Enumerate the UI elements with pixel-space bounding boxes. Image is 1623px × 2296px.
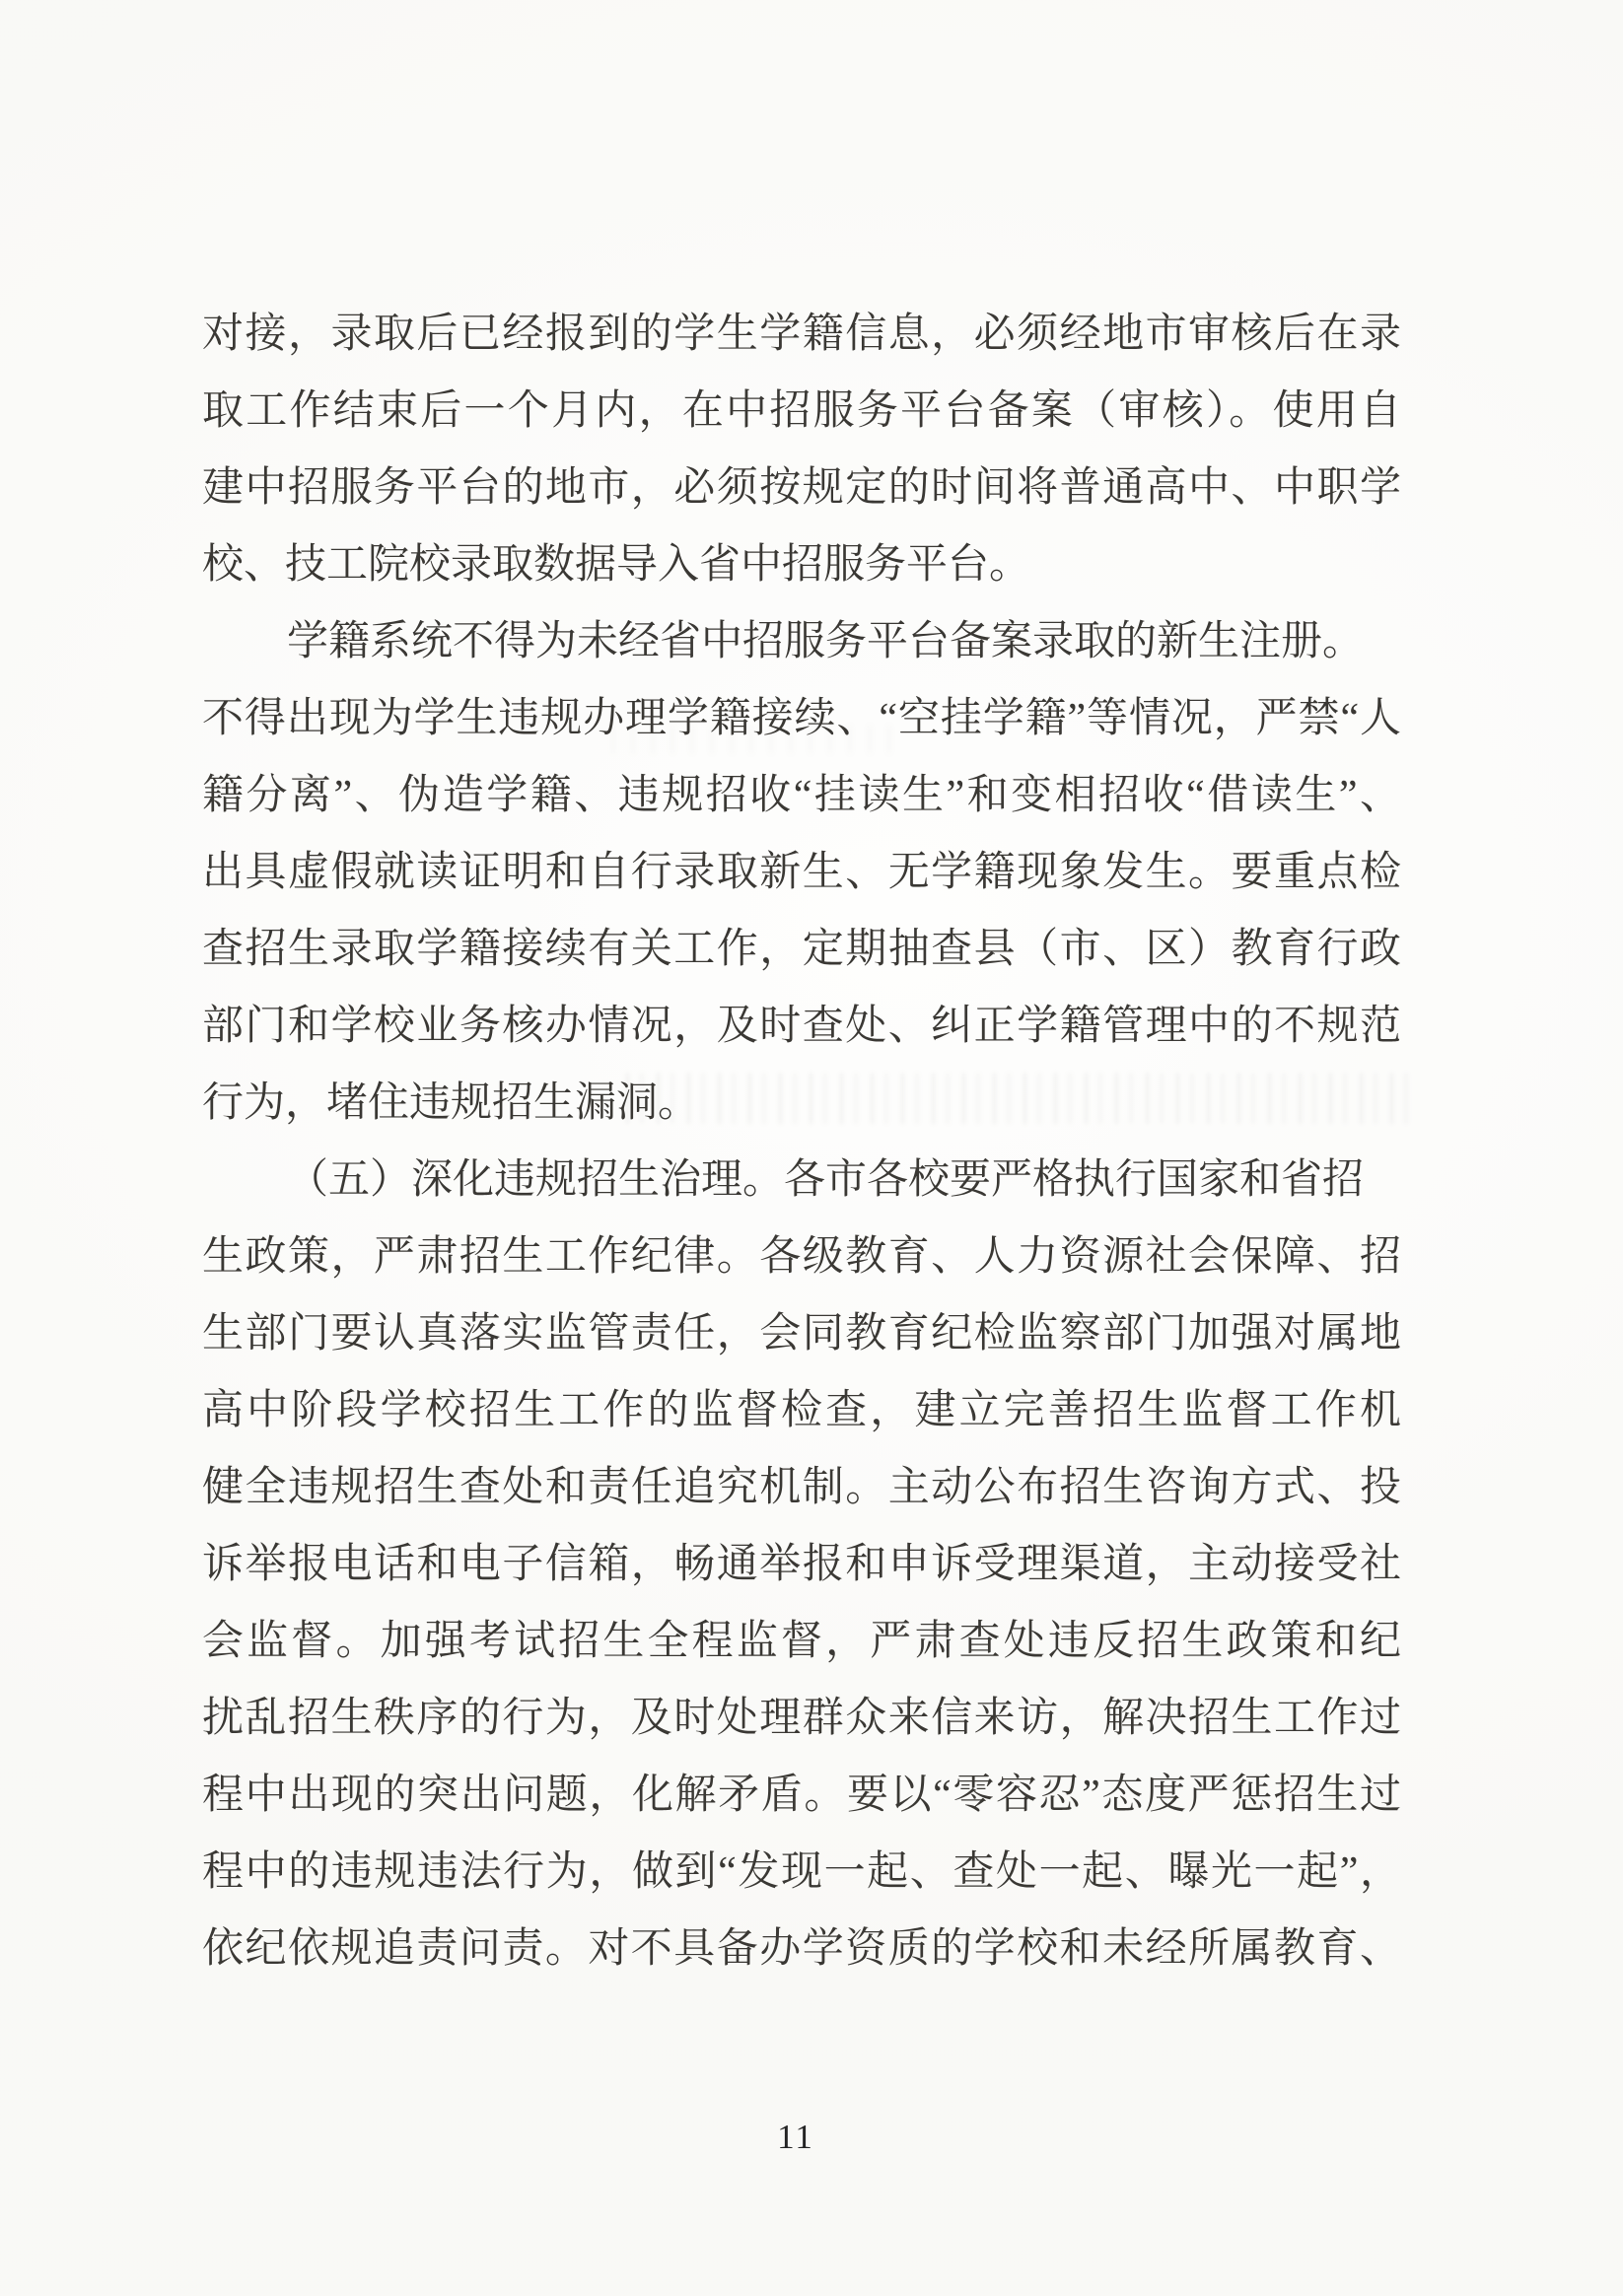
text-line: （五）深化违规招生治理。各市各校要严格执行国家和省招 xyxy=(202,1142,1401,1218)
text-line: 取工作结束后一个月内，在中招服务平台备案（审核）。使用自 xyxy=(202,373,1401,450)
text-line: 不得出现为学生违规办理学籍接续、“空挂学籍”等情况，严禁“人 xyxy=(202,680,1401,757)
text-line: 生部门要认真落实监管责任，会同教育纪检监察部门加强对属地 xyxy=(202,1295,1401,1372)
text-line: 扰乱招生秩序的行为，及时处理群众来信来访，解决招生工作过 xyxy=(202,1680,1401,1757)
text-line: 校、技工院校录取数据导入省中招服务平台。 xyxy=(202,526,1401,603)
document-body: 对接，录取后已经报到的学生学籍信息，必须经地市审核后在录 取工作结束后一个月内，… xyxy=(202,296,1401,1987)
text-line: 健全违规招生查处和责任追究机制。主动公布招生咨询方式、投 xyxy=(202,1449,1401,1526)
text-line: 会监督。加强考试招生全程监督，严肃查处违反招生政策和纪律、 xyxy=(202,1603,1401,1680)
text-line: 高中阶段学校招生工作的监督检查，建立完善招生监督工作机制， xyxy=(202,1372,1401,1449)
text-line: 诉举报电话和电子信箱，畅通举报和申诉受理渠道，主动接受社 xyxy=(202,1526,1401,1603)
text-line: 行为，堵住违规招生漏洞。 xyxy=(202,1065,1401,1142)
text-line: 学籍系统不得为未经省中招服务平台备案录取的新生注册。 xyxy=(202,603,1401,680)
text-line: 对接，录取后已经报到的学生学籍信息，必须经地市审核后在录 xyxy=(202,296,1401,373)
text-line: 依纪依规追责问责。对不具备办学资质的学校和未经所属教育、 xyxy=(202,1911,1401,1987)
text-line: 建中招服务平台的地市，必须按规定的时间将普通高中、中职学 xyxy=(202,450,1401,526)
text-line: 部门和学校业务核办情况，及时查处、纠正学籍管理中的不规范 xyxy=(202,988,1401,1065)
text-line: 程中出现的突出问题，化解矛盾。要以“零容忍”态度严惩招生过 xyxy=(202,1757,1401,1834)
text-line: 出具虚假就读证明和自行录取新生、无学籍现象发生。要重点检 xyxy=(202,834,1401,911)
text-line: 生政策，严肃招生工作纪律。各级教育、人力资源社会保障、招 xyxy=(202,1218,1401,1295)
text-line: 程中的违规违法行为，做到“发现一起、查处一起、曝光一起”， xyxy=(202,1834,1401,1911)
text-line: 查招生录取学籍接续有关工作，定期抽查县（市、区）教育行政 xyxy=(202,911,1401,988)
text-line: 籍分离”、伪造学籍、违规招收“挂读生”和变相招收“借读生”、 xyxy=(202,757,1401,834)
page-number: 11 xyxy=(0,2118,1607,2157)
